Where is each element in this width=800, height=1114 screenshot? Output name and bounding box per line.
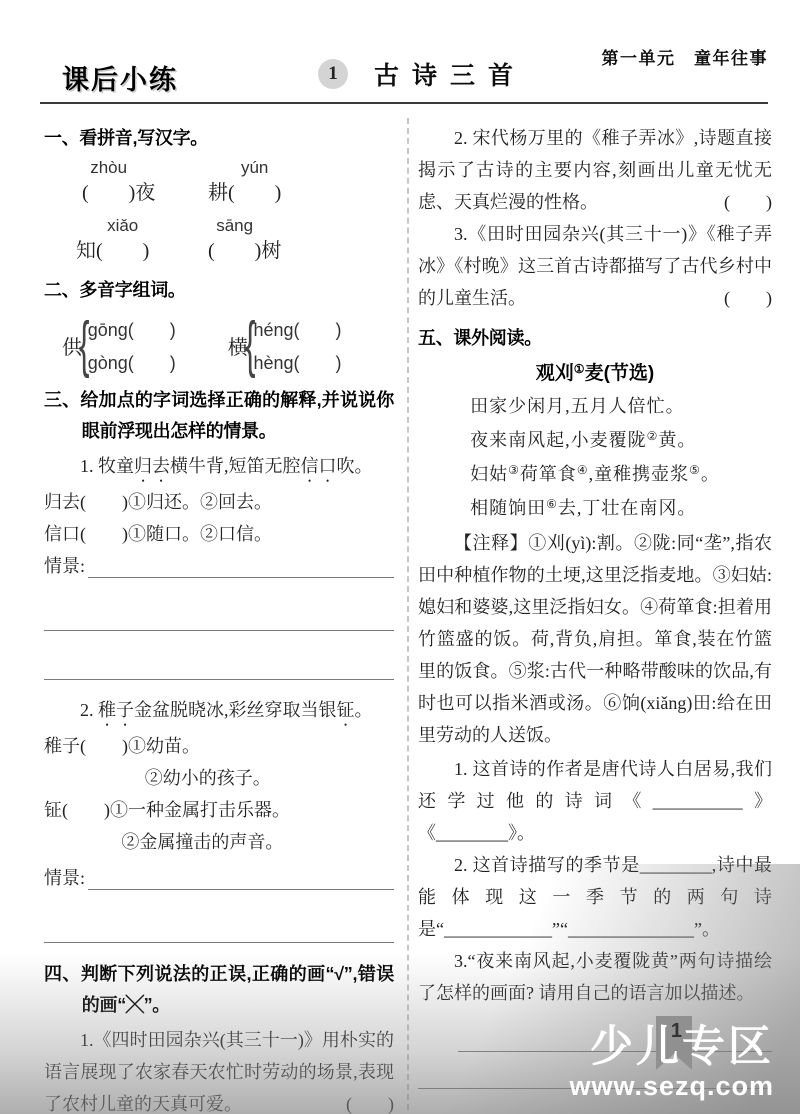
answer-paren: ( ): [724, 186, 772, 218]
poem-line: 相随饷田⑥去,丁壮在南冈。: [470, 489, 720, 523]
worksheet-page: 第一单元 童年往事 课后小练 1 古诗三首 一、看拼音,写汉字。 zhòu ( …: [0, 0, 800, 1114]
pinyin-label: yún: [241, 158, 268, 178]
answer-paren: ( ): [724, 282, 772, 314]
choice-line: 钲( )①一种金属打击乐器。: [44, 794, 394, 826]
unit-label: 第一单元 童年往事: [602, 44, 769, 69]
choice-line: 归去( )①归还。②回去。: [44, 486, 394, 518]
emphasized-word: 归去: [134, 456, 170, 476]
left-column: 一、看拼音,写汉字。 zhòu ( ) 夜 耕 yú: [44, 114, 394, 1114]
poem-line: 夜来南风起,小麦覆陇②黄。: [470, 421, 720, 455]
section-4-title: 四、判断下列说法的正误,正确的画“√”,错误的画“╳”。: [44, 959, 394, 1021]
column-divider: [407, 118, 409, 1114]
answer-blank: ( ): [208, 236, 261, 266]
footnote-marker: ④: [577, 463, 589, 477]
polyphone-reading: hèng( ): [253, 349, 341, 375]
pinyin-item: zhòu ( ) 夜: [44, 158, 204, 208]
exercise-quote-2: 2. 稚子金盆脱晓冰,彩丝穿取当银钲。: [44, 694, 394, 730]
choice-line: 稚子( )①幼苗。: [44, 730, 394, 762]
write-in-line: [44, 596, 394, 631]
section-5-title: 五、课外阅读。: [418, 323, 772, 354]
poem-title: 观刈①麦(节选): [418, 358, 772, 385]
content-columns: 一、看拼音,写汉字。 zhòu ( ) 夜 耕 yú: [0, 104, 800, 1114]
page-header: 第一单元 童年往事 课后小练 1 古诗三首: [40, 0, 768, 104]
brand-logo: 课后小练: [62, 58, 178, 97]
true-false-item: 1.《四时田园杂兴(其三十一)》用朴实的语言展现了农家春天农忙时劳动的场景,表现…: [44, 1024, 394, 1114]
given-character: 夜: [135, 178, 155, 208]
watermark: 1 少儿专区 www.sezq.com: [569, 1024, 774, 1102]
section-2-title: 二、多音字组词。: [44, 275, 394, 306]
given-character: 树: [261, 236, 281, 266]
write-in-line: [44, 908, 394, 943]
brace-glyph: {: [79, 314, 89, 376]
lesson-number-badge: 1: [318, 59, 348, 89]
emphasized-word: 钲: [337, 700, 355, 720]
pinyin-label: zhòu: [90, 158, 127, 178]
scene-label: 情景:: [44, 862, 85, 894]
polyphone-reading: gōng( ): [88, 316, 176, 342]
polyphone-group: 供 { gōng( ) gòng( ): [62, 314, 176, 376]
brace-glyph: {: [245, 314, 255, 376]
answer-paren: ( ): [346, 1088, 394, 1114]
page-title: 古诗三首: [374, 56, 526, 92]
pinyin-label: sāng: [216, 216, 253, 236]
reading-question-1: 1. 这首诗的作者是唐代诗人白居易,我们还学过他的诗词《__________》《…: [418, 753, 772, 849]
footnote-marker: ⑥: [546, 497, 558, 511]
scene-answer-row: 情景:: [44, 550, 394, 582]
section-3-title: 三、给加点的字词选择正确的解释,并说说你眼前浮现出怎样的情景。: [44, 385, 394, 447]
write-in-line: [44, 645, 394, 680]
watermark-url: www.sezq.com: [569, 1070, 774, 1102]
poem-line: 田家少闲月,五月人倍忙。: [470, 391, 720, 421]
given-character: 耕: [208, 178, 228, 208]
polyphone-group: 横 { héng( ) hèng( ): [228, 314, 342, 376]
polyphone-reading: gòng( ): [88, 349, 176, 375]
choice-line: 信口( )①随口。②口信。: [44, 518, 394, 550]
lesson-heading: 1 古诗三首: [318, 56, 526, 92]
pinyin-row-1: zhòu ( ) 夜 耕 yún ( ): [44, 158, 394, 208]
scene-label: 情景:: [44, 550, 85, 582]
given-character: 知: [76, 236, 96, 266]
pinyin-item: 知 xiǎo ( ): [44, 216, 204, 266]
answer-blank: ( ): [228, 178, 281, 208]
polyphone-row: 供 { gōng( ) gòng( ) 横 { héng( ) hèng( ): [44, 314, 394, 376]
exercise-quote-1: 1. 牧童归去横牛背,短笛无腔信口吹。: [44, 450, 394, 486]
footnote-marker: ②: [647, 429, 659, 443]
true-false-item: 3.《田时田园杂兴(其三十一)》《稚子弄冰》《村晚》这三首古诗都描写了古代乡村中…: [418, 218, 772, 314]
watermark-title: 少儿专区: [569, 1024, 774, 1070]
emphasized-word: 稚子: [98, 700, 134, 720]
emphasized-word: 信口: [301, 456, 337, 476]
poem-line: 妇姑③荷箪食④,童稚携壶浆⑤。: [470, 455, 720, 489]
right-column: 2. 宋代杨万里的《稚子弄冰》,诗题直接揭示了古诗的主要内容,刻画出儿童无忧无虑…: [418, 114, 772, 1114]
scene-answer-row: 情景:: [44, 862, 394, 894]
section-1-title: 一、看拼音,写汉字。: [44, 123, 394, 154]
answer-blank: ( ): [96, 236, 149, 266]
polyphone-reading: héng( ): [253, 316, 341, 342]
choice-line: ②幼小的孩子。: [145, 762, 394, 794]
poem-notes: 【注释】①刈(yì):割。②陇:同“垄”,指农田中种植作物的土埂,这里泛指麦地。…: [418, 527, 772, 751]
true-false-item: 2. 宋代杨万里的《稚子弄冰》,诗题直接揭示了古诗的主要内容,刻画出儿童无忧无虑…: [418, 122, 772, 218]
reading-question-2: 2. 这首诗描写的季节是________,诗中最能体现这一季节的两句诗是“___…: [418, 849, 772, 945]
footnote-marker: ③: [508, 463, 520, 477]
choice-line: ②金属撞击的声音。: [121, 826, 394, 858]
poem-body: 田家少闲月,五月人倍忙。 夜来南风起,小麦覆陇②黄。 妇姑③荷箪食④,童稚携壶浆…: [470, 391, 720, 523]
pinyin-row-2: 知 xiǎo ( ) sāng ( ) 树: [44, 216, 394, 266]
footnote-marker: ①: [574, 362, 585, 376]
pinyin-item: 耕 yún ( ): [204, 158, 364, 208]
write-in-line: [88, 577, 394, 578]
reading-question-3: 3.“夜来南风起,小麦覆陇黄”两句诗描绘了怎样的画面? 请用自己的语言加以描述。: [418, 945, 772, 1009]
pinyin-item: sāng ( ) 树: [204, 216, 364, 266]
write-in-line: [88, 889, 394, 890]
footnote-marker: ⑤: [689, 463, 701, 477]
answer-blank: ( ): [82, 178, 135, 208]
pinyin-label: xiǎo: [107, 216, 138, 236]
